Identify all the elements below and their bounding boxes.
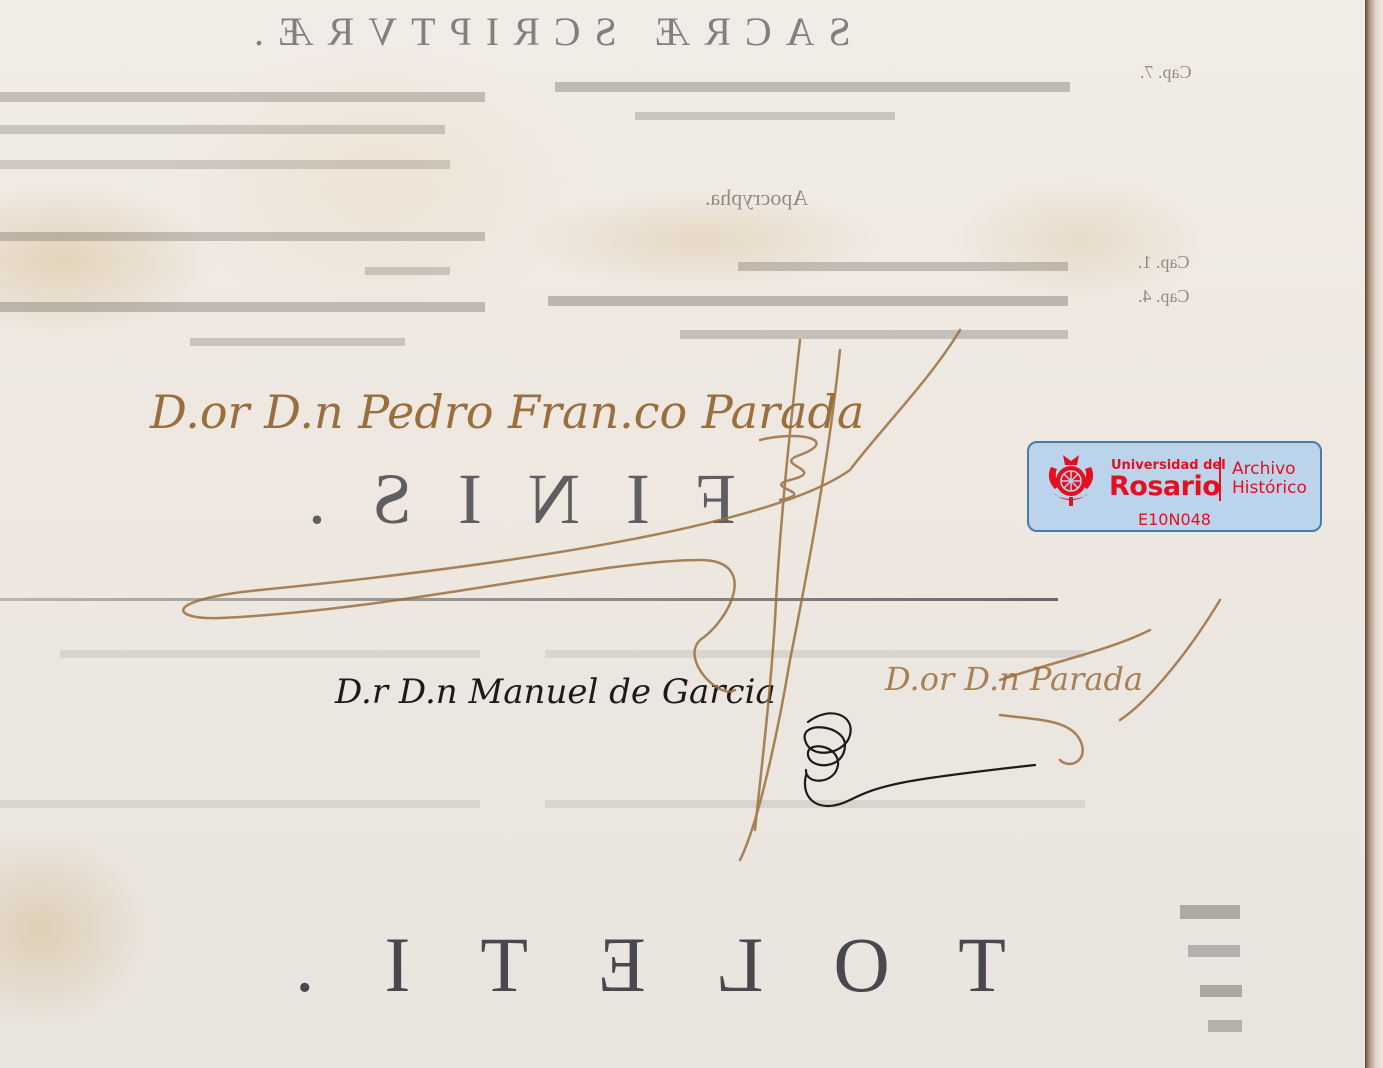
ink-flourishes <box>0 0 1383 1068</box>
institution-line2: Rosario <box>1109 471 1220 502</box>
university-crest-icon <box>1043 451 1099 507</box>
department-line2: Histórico <box>1232 479 1307 498</box>
archive-code: E10N048 <box>1029 510 1320 529</box>
label-divider <box>1219 457 1221 501</box>
department-line1: Archivo <box>1232 460 1307 479</box>
archive-label: Universidad del Rosario Archivo Históric… <box>1027 441 1322 532</box>
page-edge <box>1365 0 1383 1068</box>
document-page: ​ SACRÆ SCRIPTVRÆ. Cap. 7. Apocrypha. Ca… <box>0 0 1365 1068</box>
department-name: Archivo Histórico <box>1232 460 1307 498</box>
